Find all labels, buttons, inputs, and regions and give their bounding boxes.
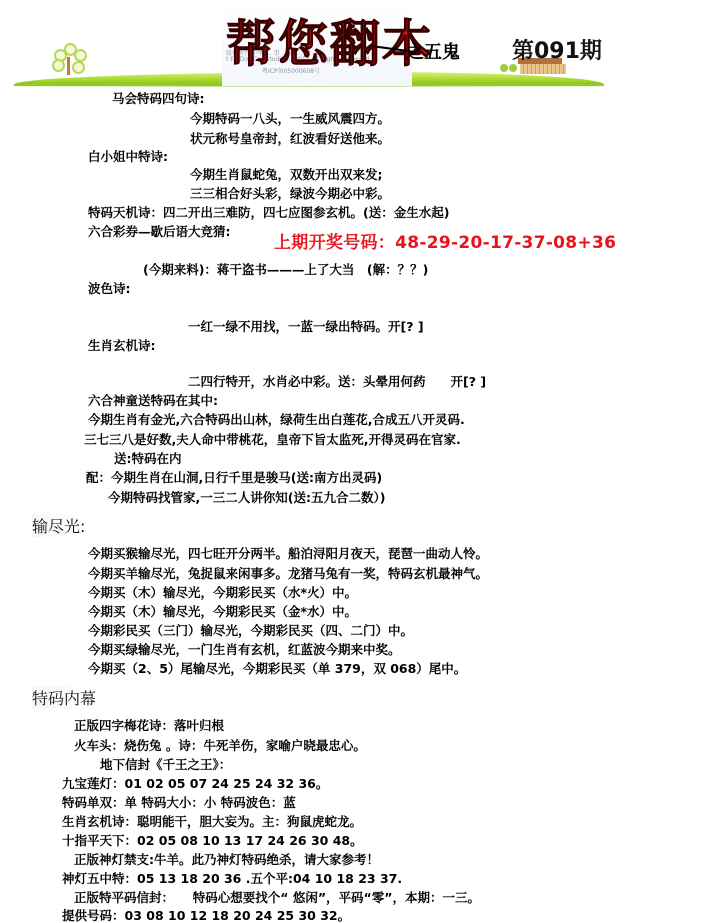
xinfeng-line: 正版特平码信封： 特码心想要找个“ 悠闲”，平码“零”，本期：一三。 (74, 888, 480, 906)
page-title: 帮您翻本 (226, 4, 434, 76)
shujinguang-line-6: 今期买绿输尽光，一门生肖有玄机，红蓝波今期来中奖。 (88, 640, 401, 658)
temaneimu-title: 特码内幕 (32, 686, 96, 709)
jiubao-line: 九宝莲灯：01 02 05 07 24 25 24 32 36。 (62, 774, 328, 792)
tianji-line: 特码天机诗：四二开出三难防，四七应图参玄机。(送：金生水起) (88, 203, 449, 221)
shengxiao-line: 二四行特开，水肖必中彩。送：头晕用何药 开[? ] (188, 372, 486, 390)
mahui-line-2: 状元称号皇帝封，红波看好送他来。 (190, 129, 390, 147)
mahui-line-1: 今期特码一八头，一生威风震四方。 (190, 109, 390, 127)
header-banner: 版权所有 中华 ... 事 ... 网 ... 谢 ... t En Doll … (0, 0, 720, 88)
shujinguang-line-4: 今期买（木）输尽光，今期彩民买（金*水）中。 (88, 602, 357, 620)
shengxiao-title: 生肖玄机诗: (88, 336, 156, 354)
shujinguang-line-7: 今期买（2、5）尾输尽光，今期彩民买（单 379，双 068）尾中。 (88, 659, 466, 677)
issue-number: 第091期 (512, 34, 602, 65)
mahui-title: 马会特码四句诗: (112, 89, 205, 107)
shentong-title: 六合神童送特码在其中: (88, 391, 218, 409)
shizhi-line: 十指平天下：02 05 08 10 13 17 24 26 30 48。 (62, 831, 363, 849)
shentong-line-1: 今期生肖有金光,六合特码出山林，绿荷生出白莲花,合成五八开灵码. (88, 410, 465, 428)
last-draw-result: 上期开奖号码：48-29-20-17-37-08+36 (274, 228, 616, 253)
huochetou-line: 火车头：烧伤兔 。诗：牛死羊伤，家喻户晓最忠心。 (74, 736, 366, 754)
shujinguang-title: 输尽光: (32, 514, 85, 537)
shujinguang-line-5: 今期彩民买（三门）输尽光，今期彩民买（四、二门）中。 (88, 621, 413, 639)
meihua-line: 正版四字梅花诗：落叶归根 (74, 716, 224, 734)
tigong-line: 提供号码：03 08 10 12 18 20 24 25 30 32。 (62, 906, 350, 923)
bose-line: 一红一绿不用找，一蓝一绿出特码。开[? ] (188, 317, 424, 335)
shujinguang-line-3: 今期买（木）输尽光，今期彩民买（水*火）中。 (88, 583, 357, 601)
xuanji-line: 生肖玄机诗：聪明能干，胆大妄为。主：狗鼠虎蛇龙。 (62, 812, 362, 830)
shujinguang-line-2: 今期买羊输尽光，兔捉鼠来闲事多。龙猪马兔有一奖，特码玄机最神气。 (88, 564, 488, 582)
shentong-line-2: 三七三八是好数,夫人命中带桃花，皇帝下旨太监死,开得灵码在官家. (84, 430, 461, 448)
dixiaxinfeng-line: 地下信封《千王之王》： (100, 755, 231, 773)
xiehouyu-content: (今期来料)：蒋干盗书———上了大当 (解：？？) (143, 260, 428, 278)
shentong-line-5: 今期特码找管家,一三二人讲你知(送:五九合二数）) (108, 488, 385, 506)
baixiaojie-line-2: 三三相合好头彩，绿波今期必中彩。 (190, 184, 390, 202)
page-subtitle: 之五鬼 (406, 38, 460, 64)
last-draw-label: 上期开奖号码： (274, 233, 395, 253)
last-draw-numbers: 48-29-20-17-37-08+36 (395, 233, 616, 253)
tree-logo-icon (52, 43, 86, 77)
jinzhi-line: 正版神灯禁支:牛羊。此乃神灯特码绝杀，请大家参考！ (74, 850, 379, 868)
bose-title: 波色诗: (88, 279, 131, 297)
baixiaojie-title: 白小姐中特诗: (88, 147, 168, 165)
xiehouyu-title: 六合彩券—歇后语大竞猜: (88, 222, 231, 240)
shendeng-line: 神灯五中特：05 13 18 20 36 .五个平:04 10 18 23 37… (62, 869, 402, 887)
baixiaojie-line-1: 今期生肖鼠蛇兔，双数开出双来发; (190, 165, 383, 183)
shujinguang-line-1: 今期买猴输尽光，四七旺开分两半。船泊浔阳月夜天，琵琶一曲动人怜。 (88, 544, 488, 562)
danshuang-line: 特码单双：单 特码大小：小 特码波色：蓝 (62, 793, 296, 811)
shentong-line-3: 送:特码在内 (114, 449, 182, 467)
shentong-line-4: 配：今期生肖在山洞,日行千里是骏马(送:南方出灵码) (86, 468, 382, 486)
